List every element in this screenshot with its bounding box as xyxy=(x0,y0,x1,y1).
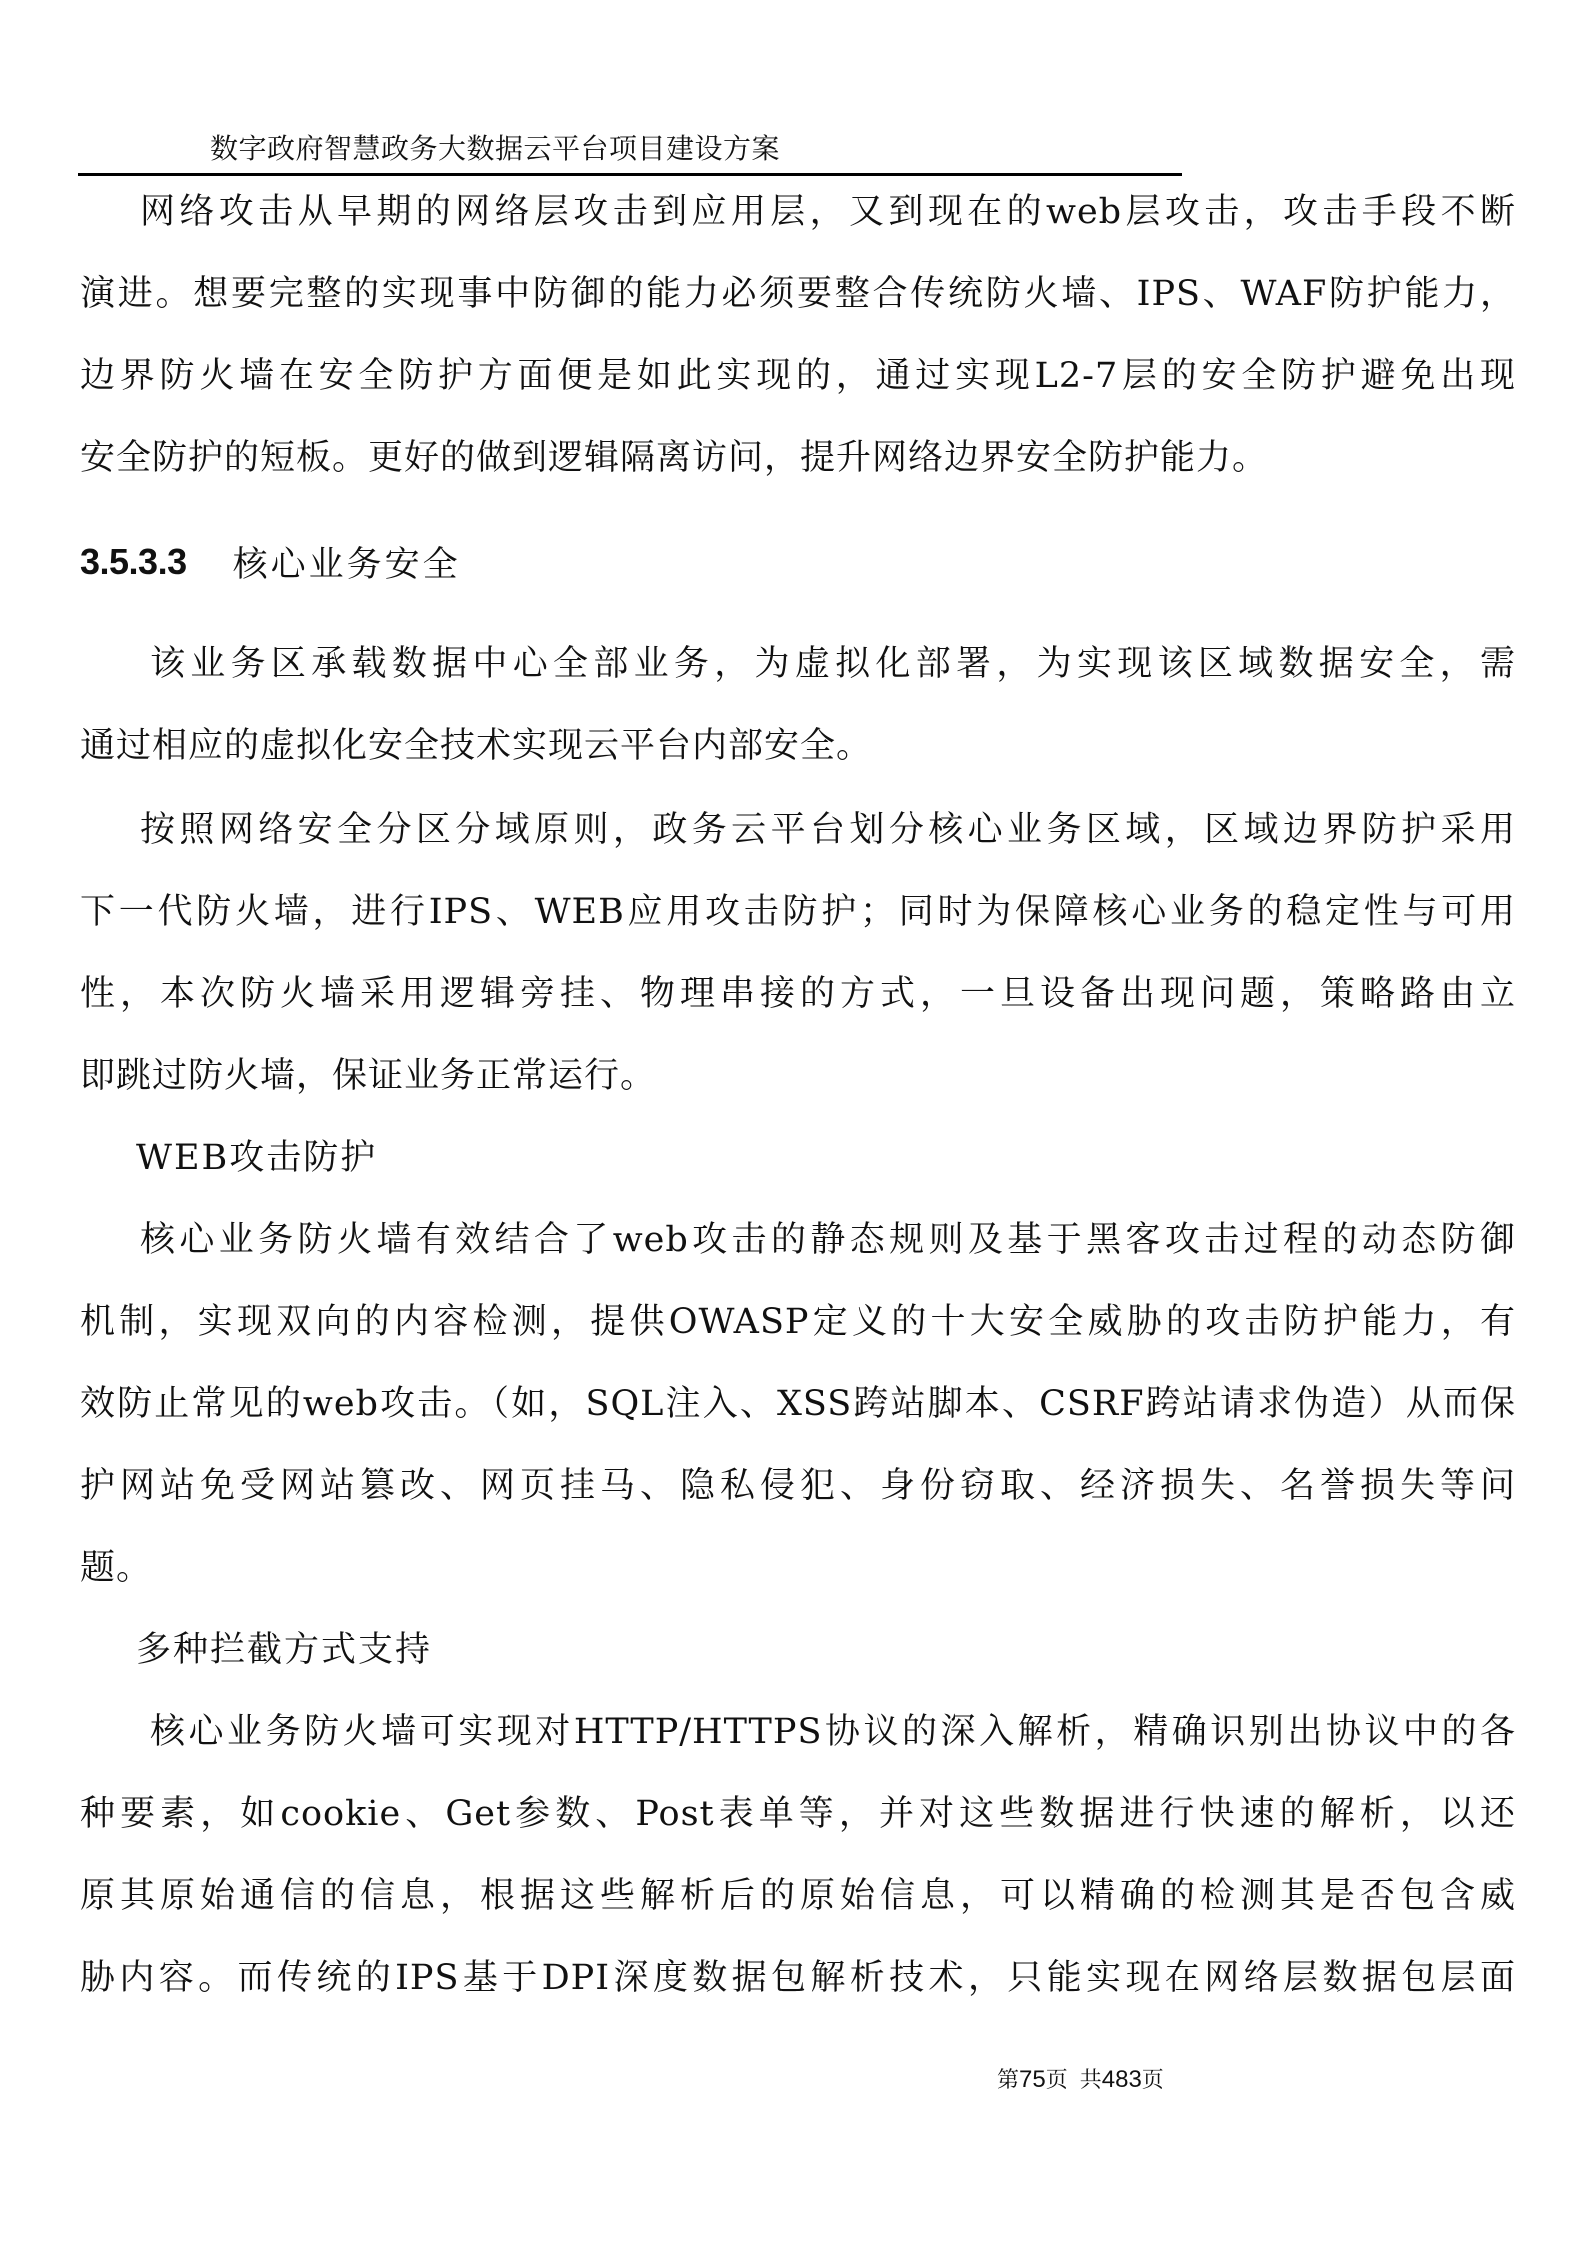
paragraph-line: 按照网络安全分区分域原则，政务云平台划分核心业务区域，区域边界防护采用 xyxy=(140,808,1516,852)
paragraph-line: 原其原始通信的信息，根据这些解析后的原始信息，可以精确的检测其是否包含威 xyxy=(80,1874,1516,1918)
paragraph-line: 边界防火墙在安全防护方面便是如此实现的，通过实现L2-7层的安全防护避免出现 xyxy=(80,354,1516,398)
subheading-web-attack: WEB攻击防护 xyxy=(136,1136,377,1180)
paragraph-line: 即跳过防火墙，保证业务正常运行。 xyxy=(80,1054,1516,1098)
total-pages: 483 xyxy=(1102,2066,1142,2093)
section-heading: 3.5.3.3 核心业务安全 xyxy=(80,538,461,586)
paragraph-line: 安全防护的短板。更好的做到逻辑隔离访问，提升网络边界安全防护能力。 xyxy=(80,436,1516,480)
paragraph-line: 性，本次防火墙采用逻辑旁挂、物理串接的方式，一旦设备出现问题，策略路由立 xyxy=(80,972,1516,1016)
paragraph-line: 胁内容。而传统的IPS基于DPI深度数据包解析技术，只能实现在网络层数据包层面 xyxy=(80,1956,1516,2000)
paragraph-line: 演进。想要完整的实现事中防御的能力必须要整合传统防火墙、IPS、WAF防护能力， xyxy=(80,272,1516,316)
paragraph-line: 核心业务防火墙有效结合了web攻击的静态规则及基于黑客攻击过程的动态防御 xyxy=(140,1218,1516,1262)
paragraph-line: 效防止常见的web攻击。（如，SQL注入、XSS跨站脚本、CSRF跨站请求伪造）… xyxy=(80,1382,1516,1426)
page-number: 75 xyxy=(1019,2066,1046,2093)
footer-page-suffix: 页 xyxy=(1046,2068,1068,2093)
paragraph-line: 网络攻击从早期的网络层攻击到应用层，又到现在的web层攻击，攻击手段不断 xyxy=(140,190,1516,234)
page-header-title: 数字政府智慧政务大数据云平台项目建设方案 xyxy=(210,131,780,167)
footer-total-suffix: 页 xyxy=(1142,2068,1164,2093)
paragraph-line: 机制，实现双向的内容检测，提供OWASP定义的十大安全威胁的攻击防护能力，有 xyxy=(80,1300,1516,1344)
paragraph-line: 核心业务防火墙可实现对HTTP/HTTPS协议的深入解析，精确识别出协议中的各 xyxy=(150,1710,1516,1754)
page-footer: 第75页共483页 xyxy=(997,2066,1164,2095)
section-number: 3.5.3.3 xyxy=(80,541,187,583)
section-title: 核心业务安全 xyxy=(233,537,461,587)
paragraph-line: 下一代防火墙，进行IPS、WEB应用攻击防护；同时为保障核心业务的稳定性与可用 xyxy=(80,890,1516,934)
paragraph-line: 种要素，如cookie、Get参数、Post表单等，并对这些数据进行快速的解析，… xyxy=(80,1792,1516,1836)
paragraph-line: 该业务区承载数据中心全部业务，为虚拟化部署，为实现该区域数据安全，需 xyxy=(150,642,1516,686)
paragraph-line: 题。 xyxy=(80,1546,1516,1590)
subheading-interception: 多种拦截方式支持 xyxy=(136,1628,432,1672)
header-divider xyxy=(78,173,1182,176)
footer-total-prefix: 共 xyxy=(1080,2068,1102,2093)
paragraph-line: 通过相应的虚拟化安全技术实现云平台内部安全。 xyxy=(80,724,1516,768)
paragraph-line: 护网站免受网站篡改、网页挂马、隐私侵犯、身份窃取、经济损失、名誉损失等问 xyxy=(80,1464,1516,1508)
footer-prefix: 第 xyxy=(997,2068,1019,2093)
